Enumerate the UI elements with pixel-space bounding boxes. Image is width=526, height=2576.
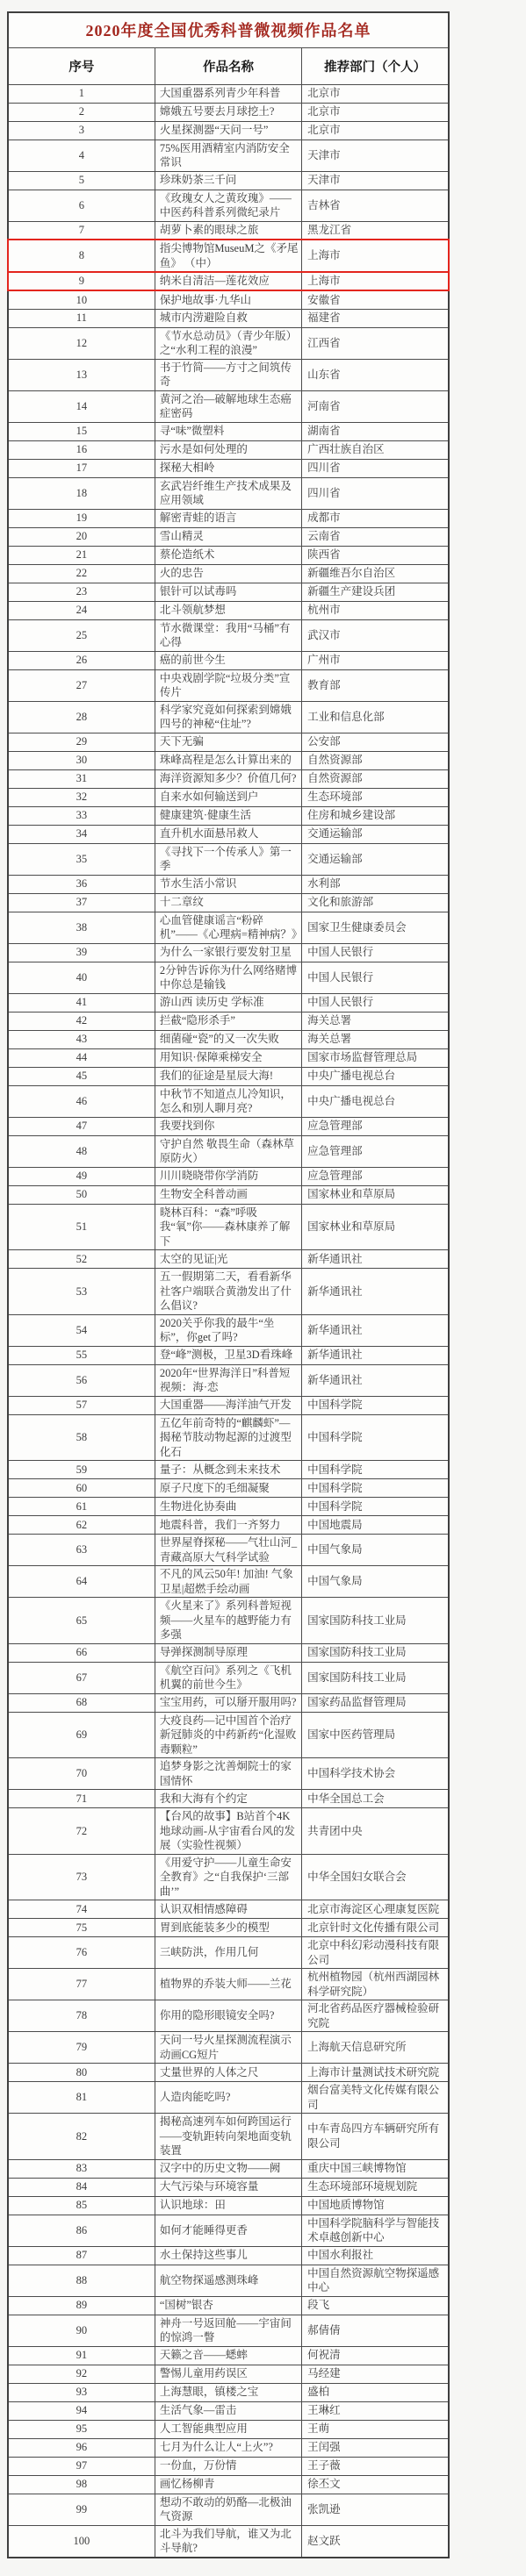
recommending-dept: 王子薇 [302, 2457, 449, 2475]
recommending-dept: 北京市 [302, 103, 449, 121]
row-index: 69 [8, 1712, 155, 1758]
work-title: 警惕儿童用药误区 [155, 2365, 301, 2383]
table-row: 26癌的前世今生广州市 [8, 651, 449, 669]
row-index: 83 [8, 2159, 155, 2178]
recommending-dept: 工业和信息化部 [302, 701, 449, 733]
table-row: 8指尖博物馆MuseuM之《矛尾鱼》 （中）上海市 [8, 240, 449, 272]
table-row: 60原子尺度下的毛细凝聚中国科学院 [8, 1479, 449, 1498]
work-title: 火星探测器“天问一号” [155, 121, 301, 140]
recommending-dept: 新华通讯社 [302, 1314, 449, 1346]
row-index: 65 [8, 1598, 155, 1644]
table-row: 41游山西 读历史 学标准中国人民银行 [8, 993, 449, 1012]
work-title: 城市内涝避险自救 [155, 309, 301, 327]
recommending-dept: 中国地质博物馆 [302, 2196, 449, 2215]
work-title: 银针可以试毒吗 [155, 583, 301, 601]
table-row: 95人工智能典型应用王萌 [8, 2420, 449, 2438]
row-index: 37 [8, 893, 155, 912]
recommending-dept: 王萌 [302, 2420, 449, 2438]
work-title: 天下无骗 [155, 733, 301, 751]
table-row: 52太空的见证|光新华通讯社 [8, 1250, 449, 1269]
header-index: 序号 [8, 47, 155, 84]
table-row: 90神舟一号返回舱——宇宙间的惊鸿一瞥郝倩倩 [8, 2315, 449, 2346]
row-index: 23 [8, 583, 155, 601]
recommending-dept: 新华通讯社 [302, 1269, 449, 1315]
work-title: 嫦娥五号要去月球挖土? [155, 103, 301, 121]
recommending-dept: 上海市 [302, 240, 449, 272]
row-index: 39 [8, 943, 155, 962]
row-index: 44 [8, 1048, 155, 1067]
recommending-dept: 中央广播电视总台 [302, 1085, 449, 1117]
recommending-dept: 公安部 [302, 733, 449, 751]
work-title: 细菌碰“瓷”的又一次失败 [155, 1030, 301, 1048]
recommending-dept: 黑龙江省 [302, 221, 449, 240]
row-index: 88 [8, 2265, 155, 2296]
work-title: 珍珠奶茶三千问 [155, 171, 301, 190]
row-index: 63 [8, 1535, 155, 1566]
row-index: 55 [8, 1346, 155, 1364]
row-index: 17 [8, 459, 155, 477]
work-title: 黄河之治—破解地球生态癌症密码 [155, 390, 301, 422]
work-title: 直升机水面悬吊救人 [155, 825, 301, 843]
row-index: 34 [8, 825, 155, 843]
row-index: 96 [8, 2438, 155, 2457]
recommending-dept: 武汉市 [302, 619, 449, 651]
recommending-dept: 中华全国妇女联合会 [302, 1854, 449, 1900]
table-row: 75胃到底能装多少的模型北京针时文化传播有限公司 [8, 1919, 449, 1937]
row-index: 84 [8, 2178, 155, 2196]
recommending-dept: 福建省 [302, 309, 449, 327]
table-row: 542020关乎你我的最牛“坐标”，你get了吗?新华通讯社 [8, 1314, 449, 1346]
recommending-dept: 中国科学院 [302, 1479, 449, 1498]
recommending-dept: 中车青岛四方车辆研究所有限公司 [302, 2114, 449, 2160]
work-title: 我们的征途是星辰大海! [155, 1067, 301, 1085]
row-index: 95 [8, 2420, 155, 2438]
recommending-dept: 新华通讯社 [302, 1346, 449, 1364]
table-row: 99想动不敢动的奶酪—北极油气资源张凯逊 [8, 2494, 449, 2525]
title-row: 2020年度全国优秀科普微视频作品名单 [8, 12, 449, 47]
table-row: 93上海慧眼，镇楼之宝盛柏 [8, 2383, 449, 2401]
recommending-dept: 中国人民银行 [302, 943, 449, 962]
recommending-dept: 何祝清 [302, 2346, 449, 2365]
row-index: 4 [8, 140, 155, 171]
row-index: 90 [8, 2315, 155, 2346]
row-index: 20 [8, 527, 155, 546]
recommending-dept: 中国水利报社 [302, 2246, 449, 2265]
recommending-dept: 中国气象局 [302, 1566, 449, 1598]
row-index: 16 [8, 440, 155, 459]
recommending-dept: 河北省药品医疗器械检验研究院 [302, 2000, 449, 2032]
work-title: 人工智能典型应用 [155, 2420, 301, 2438]
table-row: 91天籁之音——蟋蟀何祝清 [8, 2346, 449, 2365]
recommending-dept: 湖南省 [302, 422, 449, 440]
row-index: 64 [8, 1566, 155, 1598]
recommending-dept: 河南省 [302, 390, 449, 422]
table-row: 30珠峰高程是怎么计算出来的自然资源部 [8, 751, 449, 769]
recommending-dept: 重庆中国三峡博物馆 [302, 2159, 449, 2178]
recommending-dept: 教育部 [302, 669, 449, 701]
row-index: 59 [8, 1461, 155, 1479]
recommending-dept: 交通运输部 [302, 825, 449, 843]
work-title: 用知识·保障乘梯安全 [155, 1048, 301, 1067]
recommending-dept: 新华通讯社 [302, 1364, 449, 1396]
row-index: 87 [8, 2246, 155, 2265]
recommending-dept: 上海航天信息研究所 [302, 2032, 449, 2064]
work-title: 世界屋脊探秘——气壮山河_青藏高原大气科学试验 [155, 1535, 301, 1566]
work-title: 纳米自清洁—莲花效应 [155, 272, 301, 290]
work-title: 中央戏剧学院“垃圾分类”宣传片 [155, 669, 301, 701]
header-recommending-dept: 推荐部门（个人） [302, 47, 449, 84]
row-index: 76 [8, 1937, 155, 1969]
table-row: 59量子：从概念到未来技术中国科学院 [8, 1461, 449, 1479]
row-index: 93 [8, 2383, 155, 2401]
work-title: 污水是如何处理的 [155, 440, 301, 459]
row-index: 72 [8, 1808, 155, 1855]
recommending-dept: 国家国防科技工业局 [302, 1598, 449, 1644]
table-row: 85认识地球：田中国地质博物馆 [8, 2196, 449, 2215]
row-index: 45 [8, 1067, 155, 1085]
table-row: 83汉字中的历史文物——阙重庆中国三峡博物馆 [8, 2159, 449, 2178]
recommending-dept: 天津市 [302, 171, 449, 190]
table-row: 57大国重器——海洋油气开发中国科学院 [8, 1396, 449, 1414]
work-title: 书于竹简——方寸之间筑传奇 [155, 359, 301, 390]
row-index: 22 [8, 564, 155, 583]
row-index: 73 [8, 1854, 155, 1900]
recommending-dept: 王闰强 [302, 2438, 449, 2457]
row-index: 40 [8, 962, 155, 993]
table-row: 100北斗为我们导航，谁又为北斗导航?赵文跃 [8, 2525, 449, 2558]
row-index: 35 [8, 843, 155, 875]
work-title: 解密青蛙的语言 [155, 509, 301, 527]
table-row: 96七月为什么让人“上火”?王闰强 [8, 2438, 449, 2457]
recommending-dept: 国家林业和草原局 [302, 1185, 449, 1204]
recommending-dept: 新华通讯社 [302, 1250, 449, 1269]
work-title: 2分钟告诉你为什么网络赌博中你总是输钱 [155, 962, 301, 993]
work-title: 天籁之音——蟋蟀 [155, 2346, 301, 2365]
recommending-dept: 国家卫生健康委员会 [302, 912, 449, 943]
work-title: 认识双相情感障碍 [155, 1900, 301, 1919]
row-index: 25 [8, 619, 155, 651]
table-row: 32自来水如何输送到户生态环境部 [8, 788, 449, 806]
recommending-dept: 国家林业和草原局 [302, 1204, 449, 1250]
recommending-dept: 中央广播电视总台 [302, 1067, 449, 1085]
row-index: 77 [8, 1969, 155, 2000]
recommending-dept: 广州市 [302, 651, 449, 669]
table-row: 69大疫良药—记中国首个治疗新冠肺炎的中药新药“化湿败毒颗粒”国家中医药管理局 [8, 1712, 449, 1758]
work-title: 科学家究竟如何探索到嫦娥四号的神秘“住址”? [155, 701, 301, 733]
recommending-dept: 段飞 [302, 2296, 449, 2315]
work-title: 画忆杨柳青 [155, 2475, 301, 2494]
work-title: 《玫瑰女人之黄玫瑰》——中医药科普系列微纪录片 [155, 190, 301, 221]
work-title: 生物进化协奏曲 [155, 1498, 301, 1516]
recommending-dept: 山东省 [302, 359, 449, 390]
work-title: 植物界的乔装大师——兰花 [155, 1969, 301, 2000]
table-row: 86如何才能睡得更香中国科学院脑科学与智能技术卓越创新中心 [8, 2215, 449, 2246]
work-title: 【台风的故事】B站首个4K地球动画-从宇宙看台风的发展（实验性视频） [155, 1808, 301, 1855]
row-index: 50 [8, 1185, 155, 1204]
row-index: 29 [8, 733, 155, 751]
row-index: 10 [8, 290, 155, 309]
recommending-dept: 国家药品监督管理局 [302, 1693, 449, 1712]
recommending-dept: 天津市 [302, 140, 449, 171]
table-row: 46中秋节不知道点儿冷知识，怎么和别人聊月亮?中央广播电视总台 [8, 1085, 449, 1117]
work-title: 神舟一号返回舱——宇宙间的惊鸿一瞥 [155, 2315, 301, 2346]
work-title: 认识地球：田 [155, 2196, 301, 2215]
row-index: 60 [8, 1479, 155, 1498]
table-row: 43细菌碰“瓷”的又一次失败海关总署 [8, 1030, 449, 1048]
row-index: 58 [8, 1414, 155, 1461]
row-index: 41 [8, 993, 155, 1012]
recommending-dept: 广西壮族自治区 [302, 440, 449, 459]
work-title: 一份血，万份情 [155, 2457, 301, 2475]
row-index: 31 [8, 769, 155, 788]
row-index: 94 [8, 2401, 155, 2420]
row-index: 51 [8, 1204, 155, 1250]
work-title: 汉字中的历史文物——阙 [155, 2159, 301, 2178]
row-index: 13 [8, 359, 155, 390]
work-title: 五一假期第二天，看看新华社客户端联合黄渤发出了什么倡议? [155, 1269, 301, 1315]
table-row: 62地震科普，我们一齐努力中国地震局 [8, 1516, 449, 1535]
work-title: 蔡伦造纸术 [155, 546, 301, 564]
recommending-dept: 王琳红 [302, 2401, 449, 2420]
work-title: 十二章纹 [155, 893, 301, 912]
document-page: 2020年度全国优秀科普微视频作品名单 序号 作品名称 推荐部门（个人） 1大国… [0, 0, 526, 2576]
work-title: 三峡防洪，作用几何 [155, 1937, 301, 1969]
work-title: 节水微课堂：我用“马桶”有心得 [155, 619, 301, 651]
table-row: 51晓林百科：“森”呼吸我“氧”你——森林康养了解下国家林业和草原局 [8, 1204, 449, 1250]
table-row: 38心血管健康谣言“粉碎机”——《心理病=精神病？》国家卫生健康委员会 [8, 912, 449, 943]
table-row: 81人造肉能吃吗?烟台富美特文化传媒有限公司 [8, 2082, 449, 2114]
work-title: 节水生活小常识 [155, 875, 301, 893]
row-index: 26 [8, 651, 155, 669]
row-index: 91 [8, 2346, 155, 2365]
table-row: 7胡萝卜素的眼球之旅黑龙江省 [8, 221, 449, 240]
table-row: 87水土保持这些事儿中国水利报社 [8, 2246, 449, 2265]
recommending-dept: 北京市 [302, 121, 449, 140]
work-title: 《节水总动员》（青少年版）之“水利工程的浪漫” [155, 327, 301, 359]
row-index: 74 [8, 1900, 155, 1919]
recommending-dept: 盛柏 [302, 2383, 449, 2401]
work-title: 大国重器系列青少年科普 [155, 84, 301, 103]
row-index: 30 [8, 751, 155, 769]
recommending-dept: 中国地震局 [302, 1516, 449, 1535]
row-index: 78 [8, 2000, 155, 2032]
recommending-dept: 中国科学院 [302, 1461, 449, 1479]
recommending-dept: 国家市场监督管理总局 [302, 1048, 449, 1067]
table-row: 42拦截“隐形杀手”海关总署 [8, 1012, 449, 1030]
recommending-dept: 江西省 [302, 327, 449, 359]
row-index: 46 [8, 1085, 155, 1117]
table-row: 71我和大海有个约定中华全国总工会 [8, 1790, 449, 1808]
work-title: 探秘大相岭 [155, 459, 301, 477]
work-title: 七月为什么让人“上火”? [155, 2438, 301, 2457]
recommending-dept: 中国科学技术协会 [302, 1758, 449, 1790]
recommending-dept: 中华全国总工会 [302, 1790, 449, 1808]
table-row: 84大气污染与环境容量生态环境部环境规划院 [8, 2178, 449, 2196]
work-title: 保护地故事·九华山 [155, 290, 301, 309]
row-index: 56 [8, 1364, 155, 1396]
recommending-dept: 上海市计量测试技术研究院 [302, 2064, 449, 2082]
row-index: 70 [8, 1758, 155, 1790]
recommending-dept: 徐丕文 [302, 2475, 449, 2494]
table-row: 94生活气象—雷击王琳红 [8, 2401, 449, 2420]
table-row: 15寻“味”微塑料湖南省 [8, 422, 449, 440]
recommending-dept: 北京市 [302, 84, 449, 103]
row-index: 81 [8, 2082, 155, 2114]
work-title: 中秋节不知道点儿冷知识，怎么和别人聊月亮? [155, 1085, 301, 1117]
recommending-dept: 交通运输部 [302, 843, 449, 875]
table-row: 76三峡防洪，作用几何北京中科幻彩动漫科技有限公司 [8, 1937, 449, 1969]
table-row: 11城市内涝避险自救福建省 [8, 309, 449, 327]
recommending-dept: 中国科学院脑科学与智能技术卓越创新中心 [302, 2215, 449, 2246]
recommending-dept: 海关总署 [302, 1030, 449, 1048]
row-index: 99 [8, 2494, 155, 2525]
table-row: 64不凡的风云50年! 加油! 气象卫星|超燃手绘动画中国气象局 [8, 1566, 449, 1598]
row-index: 47 [8, 1117, 155, 1135]
recommending-dept: 新疆维吾尔自治区 [302, 564, 449, 583]
row-index: 67 [8, 1662, 155, 1693]
row-index: 82 [8, 2114, 155, 2160]
work-title: 上海慧眼，镇楼之宝 [155, 2383, 301, 2401]
header-work-name: 作品名称 [155, 47, 301, 84]
recommending-dept: 新疆生产建设兵团 [302, 583, 449, 601]
work-title: 想动不敢动的奶酪—北极油气资源 [155, 2494, 301, 2525]
row-index: 5 [8, 171, 155, 190]
row-index: 53 [8, 1269, 155, 1315]
recommending-dept: 海关总署 [302, 1012, 449, 1030]
row-index: 48 [8, 1135, 155, 1167]
row-index: 6 [8, 190, 155, 221]
row-index: 8 [8, 240, 155, 272]
row-index: 12 [8, 327, 155, 359]
work-title: 北斗领航梦想 [155, 601, 301, 619]
table-row: 18玄武岩纤维生产技术成果及应用领域四川省 [8, 477, 449, 509]
recommending-dept: 生态环境部 [302, 788, 449, 806]
work-title: 登“峰”测极，卫星3D看珠峰 [155, 1346, 301, 1364]
row-index: 1 [8, 84, 155, 103]
work-title: 2020关乎你我的最牛“坐标”，你get了吗? [155, 1314, 301, 1346]
row-index: 27 [8, 669, 155, 701]
work-title: 丈量世界的人体之尺 [155, 2064, 301, 2082]
row-index: 28 [8, 701, 155, 733]
recommending-dept: 成都市 [302, 509, 449, 527]
row-index: 43 [8, 1030, 155, 1048]
work-title: 我和大海有个约定 [155, 1790, 301, 1808]
recommending-dept: 安徽省 [302, 290, 449, 309]
table-row: 9纳米自清洁—莲花效应上海市 [8, 272, 449, 290]
table-head: 2020年度全国优秀科普微视频作品名单 序号 作品名称 推荐部门（个人） [8, 12, 449, 84]
table-row: 72【台风的故事】B站首个4K地球动画-从宇宙看台风的发展（实验性视频）共青团中… [8, 1808, 449, 1855]
work-title: 如何才能睡得更香 [155, 2215, 301, 2246]
recommending-dept: 中国人民银行 [302, 962, 449, 993]
recommending-dept: 自然资源部 [302, 751, 449, 769]
row-index: 24 [8, 601, 155, 619]
table-row: 36节水生活小常识水利部 [8, 875, 449, 893]
table-row: 89“国树”银杏段飞 [8, 2296, 449, 2315]
table-row: 34直升机水面悬吊救人交通运输部 [8, 825, 449, 843]
table-row: 70追梦身影之沈善炯院士的家国情怀中国科学技术协会 [8, 1758, 449, 1790]
table-row: 49川川晓晓带你学消防应急管理部 [8, 1167, 449, 1185]
table-row: 55登“峰”测极，卫星3D看珠峰新华通讯社 [8, 1346, 449, 1364]
work-title: 航空物探遥感测珠峰 [155, 2265, 301, 2296]
table-row: 73《用爱守护——儿童生命安全教育》之“自我保护‘三部曲’”中华全国妇女联合会 [8, 1854, 449, 1900]
row-index: 21 [8, 546, 155, 564]
work-title: 火的忠告 [155, 564, 301, 583]
table-header-row: 序号 作品名称 推荐部门（个人） [8, 47, 449, 84]
work-title: 生活气象—雷击 [155, 2401, 301, 2420]
table-row: 31海洋资源知多少？价值几何?自然资源部 [8, 769, 449, 788]
row-index: 75 [8, 1919, 155, 1937]
work-title: 自来水如何输送到户 [155, 788, 301, 806]
recommending-dept: 国家中医药管理局 [302, 1712, 449, 1758]
work-title: 你用的隐形眼镜安全吗? [155, 2000, 301, 2032]
row-index: 86 [8, 2215, 155, 2246]
table-row: 37十二章纹文化和旅游部 [8, 893, 449, 912]
table-row: 3火星探测器“天问一号”北京市 [8, 121, 449, 140]
table-row: 35《寻找下一个传承人》第一季交通运输部 [8, 843, 449, 875]
awards-table: 2020年度全国优秀科普微视频作品名单 序号 作品名称 推荐部门（个人） 1大国… [7, 11, 450, 2558]
table-row: 17探秘大相岭四川省 [8, 459, 449, 477]
row-index: 14 [8, 390, 155, 422]
row-index: 79 [8, 2032, 155, 2064]
recommending-dept: 北京针时文化传播有限公司 [302, 1919, 449, 1937]
recommending-dept: 中国科学院 [302, 1414, 449, 1461]
recommending-dept: 郝倩倩 [302, 2315, 449, 2346]
row-index: 85 [8, 2196, 155, 2215]
table-row: 13书于竹简——方寸之间筑传奇山东省 [8, 359, 449, 390]
work-title: 拦截“隐形杀手” [155, 1012, 301, 1030]
table-row: 21蔡伦造纸术陕西省 [8, 546, 449, 564]
row-index: 54 [8, 1314, 155, 1346]
table-row: 79天问一号火星探测流程演示动画CG短片上海航天信息研究所 [8, 2032, 449, 2064]
table-row: 10保护地故事·九华山安徽省 [8, 290, 449, 309]
work-title: 雪山精灵 [155, 527, 301, 546]
work-title: 为什么一家银行要发射卫星 [155, 943, 301, 962]
recommending-dept: 中国气象局 [302, 1535, 449, 1566]
table-row: 29天下无骗公安部 [8, 733, 449, 751]
work-title: 生物安全科普动画 [155, 1185, 301, 1204]
table-row: 78你用的隐形眼镜安全吗?河北省药品医疗器械检验研究院 [8, 2000, 449, 2032]
work-title: 2020年“世界海洋日”科普短视频：海·恋 [155, 1364, 301, 1396]
table-row: 68宝宝用药，可以掰开服用吗?国家药品监督管理局 [8, 1693, 449, 1712]
row-index: 89 [8, 2296, 155, 2315]
table-row: 6《玫瑰女人之黄玫瑰》——中医药科普系列微纪录片吉林省 [8, 190, 449, 221]
table-row: 19解密青蛙的语言成都市 [8, 509, 449, 527]
recommending-dept: 国家国防科技工业局 [302, 1643, 449, 1662]
row-index: 98 [8, 2475, 155, 2494]
table-row: 98画忆杨柳青徐丕文 [8, 2475, 449, 2494]
work-title: 太空的见证|光 [155, 1250, 301, 1269]
table-row: 24北斗领航梦想杭州市 [8, 601, 449, 619]
work-title: 大气污染与环境容量 [155, 2178, 301, 2196]
work-title: 胃到底能装多少的模型 [155, 1919, 301, 1937]
work-title: 量子：从概念到未来技术 [155, 1461, 301, 1479]
work-title: 不凡的风云50年! 加油! 气象卫星|超燃手绘动画 [155, 1566, 301, 1598]
row-index: 15 [8, 422, 155, 440]
recommending-dept: 中国科学院 [302, 1396, 449, 1414]
row-index: 62 [8, 1516, 155, 1535]
recommending-dept: 水利部 [302, 875, 449, 893]
row-index: 71 [8, 1790, 155, 1808]
work-title: 导弹探测制导原理 [155, 1643, 301, 1662]
table-row: 16污水是如何处理的广西壮族自治区 [8, 440, 449, 459]
table-row: 12《节水总动员》（青少年版）之“水利工程的浪漫”江西省 [8, 327, 449, 359]
recommending-dept: 文化和旅游部 [302, 893, 449, 912]
recommending-dept: 生态环境部环境规划院 [302, 2178, 449, 2196]
work-title: “国树”银杏 [155, 2296, 301, 2315]
recommending-dept: 应急管理部 [302, 1167, 449, 1185]
table-row: 82揭秘高速列车如何跨国运行——变轨距转向架地面变轨装置中车青岛四方车辆研究所有… [8, 2114, 449, 2160]
table-row: 97一份血，万份情王子薇 [8, 2457, 449, 2475]
